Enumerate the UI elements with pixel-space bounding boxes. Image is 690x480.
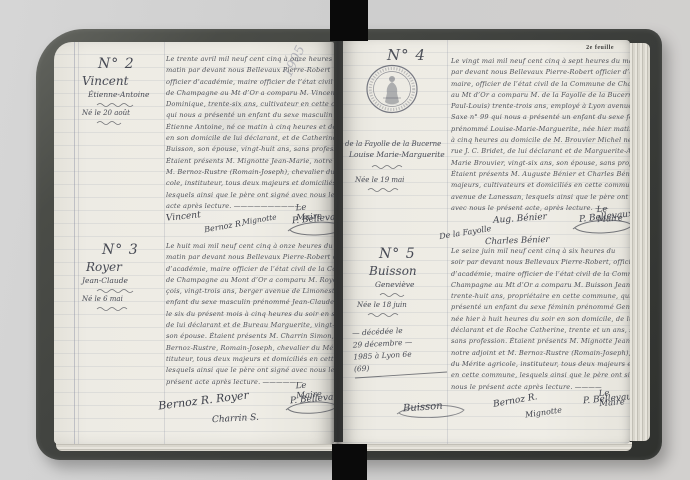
margin-squiggle [96, 287, 136, 293]
signature-mignotte: Mignotte [525, 405, 563, 419]
signature-charrin: Charrin S. [212, 413, 259, 425]
entry-given-names: Jean-Claude [82, 276, 166, 285]
register-photo-scene: 1905 N° 2 Vincent Étienne-Antoine Né le … [0, 0, 690, 480]
margin-squiggle [367, 311, 401, 317]
signature-bernoz-royer: Bernoz R. Royer [158, 389, 250, 413]
entry-no5-margin: N° 5 Buisson Geneviève Née le 18 juin — … [365, 246, 451, 375]
entry-given-names: Geneviève [375, 280, 451, 289]
left-page: 1905 N° 2 Vincent Étienne-Antoine Né le … [54, 42, 334, 444]
register-book: 1905 N° 2 Vincent Étienne-Antoine Né le … [36, 29, 662, 460]
archive-strap-top [330, 0, 368, 41]
entry-number: N° 3 [102, 242, 166, 258]
buisson-signature-flourish [395, 400, 467, 420]
entry-no3: N° 3 Royer Jean-Claude Né le 6 mai Le hu… [54, 42, 334, 444]
entry-no3-margin: N° 3 Royer Jean-Claude Né le 6 mai [82, 242, 166, 313]
entry-no5-act-text: Le seize juin mil neuf cent cinq à six h… [451, 246, 627, 393]
entry-birth-date: Née le 18 juin [357, 301, 451, 309]
entry-surname: Buisson [369, 264, 451, 278]
margin-squiggle [379, 291, 409, 297]
entry-no5: N° 5 Buisson Geneviève Née le 18 juin — … [343, 40, 630, 444]
mayor-signature-flourish [284, 398, 334, 416]
entry-birth-date: Né le 6 mai [82, 295, 166, 303]
entry-no3-act-text: Le huit mai mil neuf cent cinq à onze he… [166, 241, 334, 388]
archive-strap-bottom [332, 444, 367, 480]
signature-bernoz: Bernoz R. [492, 392, 538, 410]
page-stack-edge-right [630, 43, 650, 441]
death-note-flourish [353, 370, 449, 380]
entry-death-note: — décédée le29 décembre —1985 à Lyon 6e(… [352, 322, 452, 375]
margin-squiggle [96, 305, 130, 311]
entry-surname: Royer [86, 260, 166, 274]
right-page: 2e feuille N° 4 de la Fayolle de la Buce… [343, 40, 630, 444]
entry-number: N° 5 [379, 246, 451, 262]
